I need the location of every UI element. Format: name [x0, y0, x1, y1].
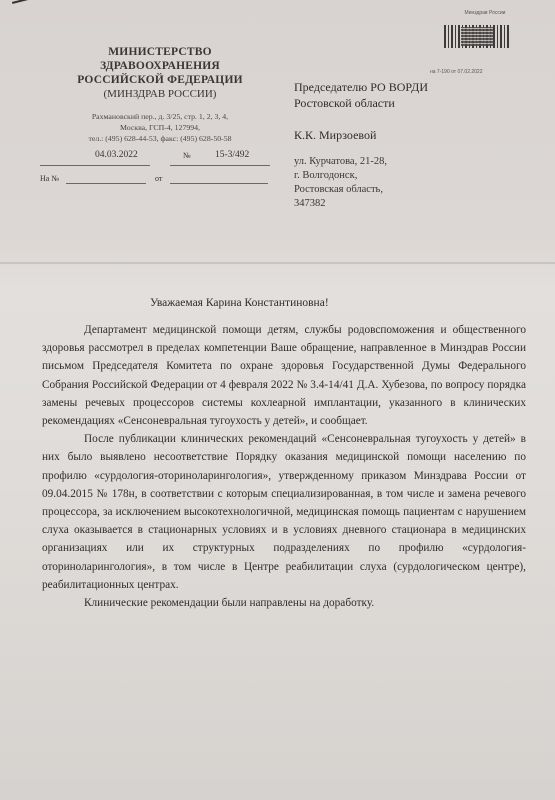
stamp-title: Минздрав России: [440, 10, 530, 16]
body-paragraph-1: Департамент медицинской помощи детям, сл…: [42, 321, 526, 430]
incoming-reference: на 7-190 от 07.02.2022: [430, 69, 482, 75]
letter-body: Департамент медицинской помощи детям, сл…: [42, 321, 526, 612]
body-paragraph-3: Клинические рекомендации были направлены…: [42, 594, 526, 612]
org-address-line-1: Рахмановский пер., д. 3/25, стр. 1, 2, 3…: [40, 111, 280, 122]
letterhead: МИНИСТЕРСТВО ЗДРАВООХРАНЕНИЯ РОССИЙСКОЙ …: [40, 45, 280, 144]
body-paragraph-2: После публикации клинических рекомендаци…: [42, 430, 526, 594]
org-address-line-3: тел.: (495) 628-44-53, факс: (495) 628-5…: [40, 133, 280, 144]
recipient-block: Председателю РО ВОРДИ Ростовской области…: [294, 79, 428, 211]
recipient-name: К.К. Мирзоевой: [294, 127, 428, 143]
datamatrix-code: [461, 27, 493, 46]
pen-mark: [12, 0, 45, 4]
letter-page: МИНИСТЕРСТВО ЗДРАВООХРАНЕНИЯ РОССИЙСКОЙ …: [0, 0, 555, 800]
org-name-line-1: МИНИСТЕРСТВО: [40, 45, 280, 59]
org-address-line-2: Москва, ГСП-4, 127994,: [40, 122, 280, 133]
outgoing-number: 15-3/492: [215, 150, 249, 160]
salutation: Уважаемая Карина Константиновна!: [150, 297, 329, 309]
recipient-position-line-1: Председателю РО ВОРДИ: [294, 79, 428, 95]
barcode-icon: [444, 25, 510, 48]
ref-number-underline: [66, 183, 146, 184]
outgoing-date: 04.03.2022: [95, 150, 138, 160]
ref-number-label: На №: [40, 174, 59, 183]
org-address: Рахмановский пер., д. 3/25, стр. 1, 2, 3…: [40, 111, 280, 144]
recipient-position-line-2: Ростовской области: [294, 95, 428, 111]
org-short-name: (МИНЗДРАВ РОССИИ): [40, 87, 280, 101]
org-name-line-3: РОССИЙСКОЙ ФЕДЕРАЦИИ: [40, 73, 280, 87]
number-label: №: [183, 151, 191, 160]
org-name-line-2: ЗДРАВООХРАНЕНИЯ: [40, 59, 280, 73]
recipient-address-line-3: Ростовская область,: [294, 183, 428, 197]
number-underline: [170, 165, 270, 166]
paper-fold-line: [0, 262, 555, 264]
registration-stamp: Минздрав России: [420, 10, 530, 48]
ref-from-label: от: [155, 174, 162, 183]
recipient-address-line-2: г. Волгодонск,: [294, 169, 428, 183]
ref-date-underline: [170, 183, 268, 184]
date-underline: [40, 165, 150, 166]
recipient-address-line-1: ул. Курчатова, 21-28,: [294, 155, 428, 169]
recipient-address-line-4: 347382: [294, 197, 428, 211]
recipient-address: ул. Курчатова, 21-28, г. Волгодонск, Рос…: [294, 155, 428, 211]
